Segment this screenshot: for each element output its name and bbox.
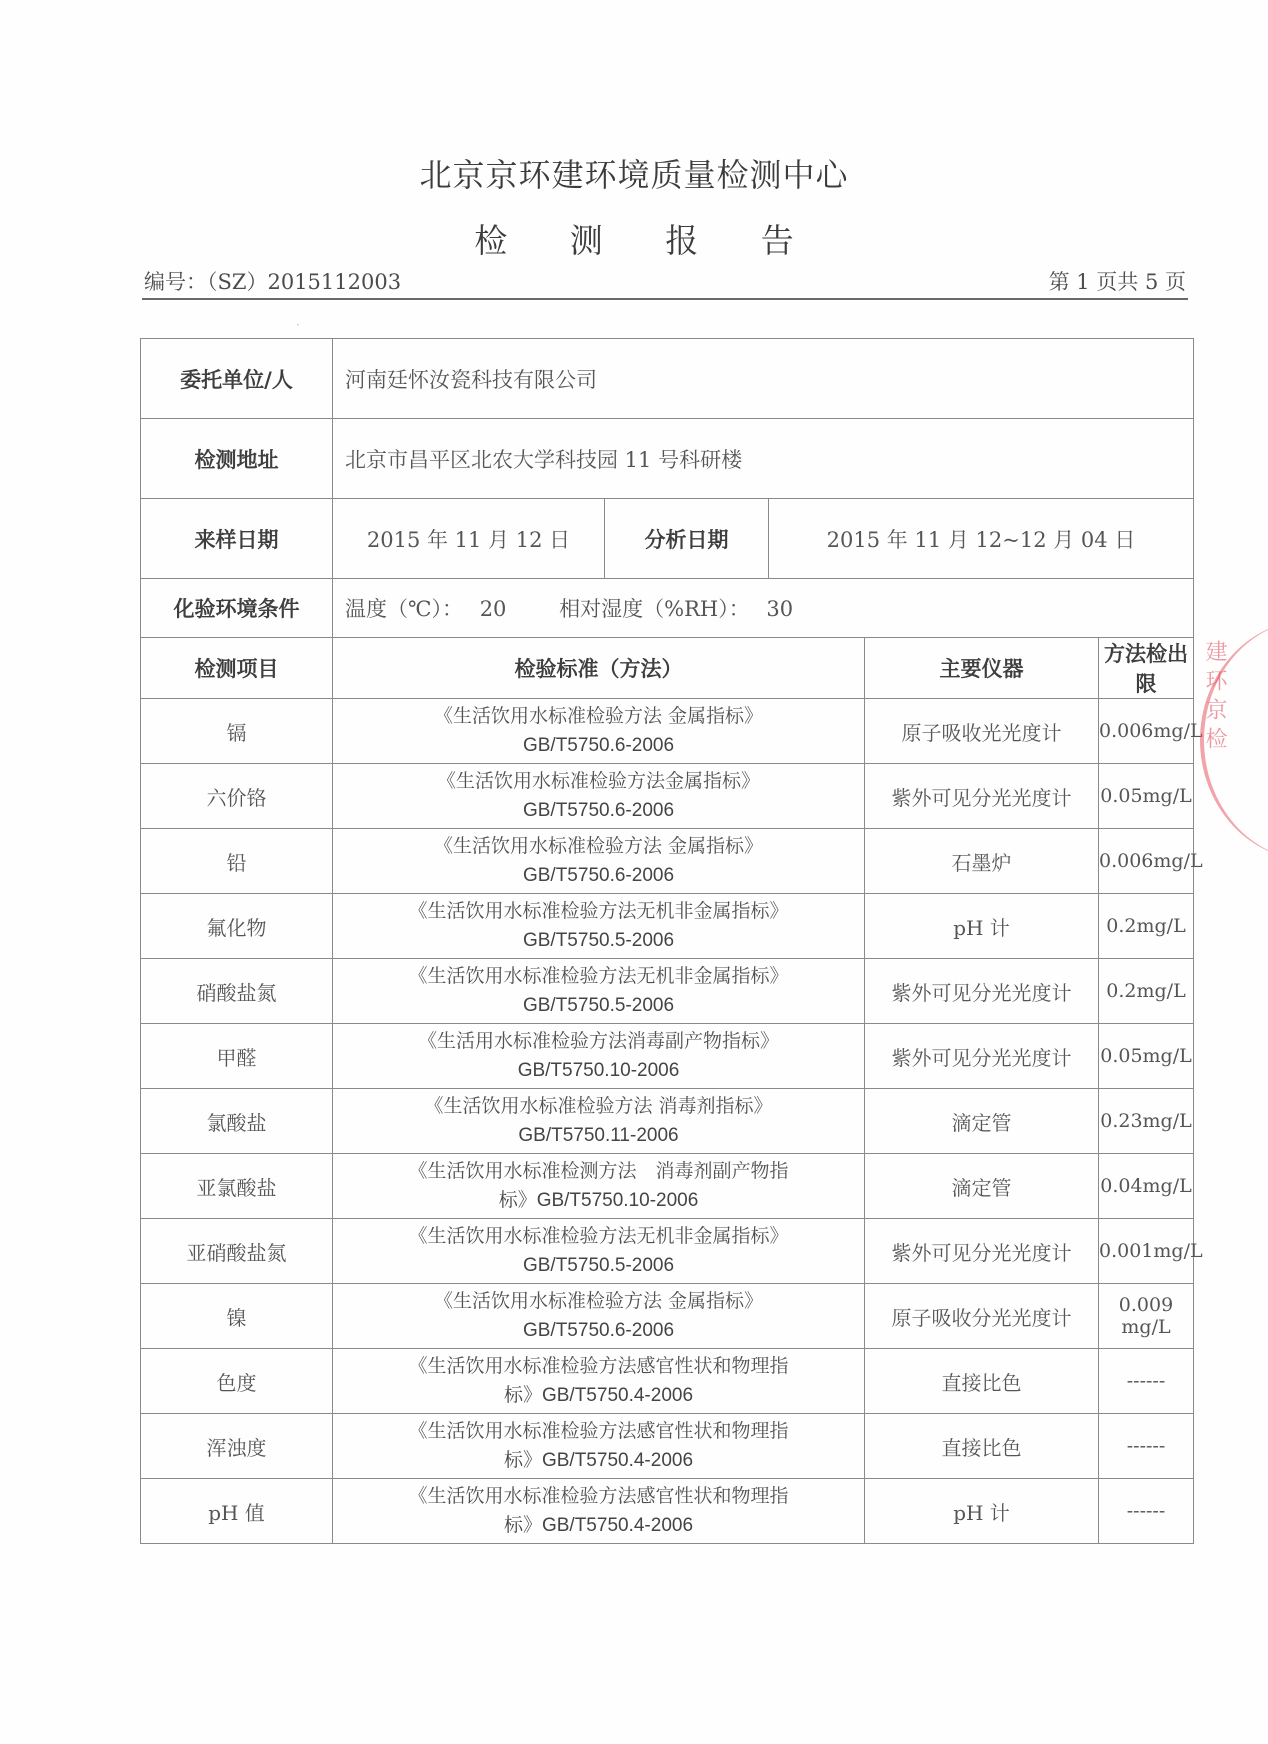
table-row: 氟化物 《生活饮用水标准检验方法无机非金属指标》 GB/T5750.5-2006… (141, 894, 1194, 959)
test-instrument: 滴定管 (865, 1154, 1099, 1219)
detection-limit: ------ (1099, 1479, 1194, 1544)
method-title: 《生活饮用水标准检验方法 消毒剂指标》 (333, 1091, 864, 1121)
detection-limit: 0.006mg/L (1099, 829, 1194, 894)
humidity-label: 相对湿度（%RH）： (559, 597, 750, 621)
test-item-name: 六价铬 (141, 764, 333, 829)
table-row: 镍 《生活饮用水标准检验方法 金属指标》 GB/T5750.6-2006 原子吸… (141, 1284, 1194, 1349)
method-title: 《生活饮用水标准检验方法无机非金属指标》 (333, 961, 864, 991)
test-item-name: 亚氯酸盐 (141, 1154, 333, 1219)
test-method: 《生活用水标准检验方法消毒副产物指标》 GB/T5750.10-2006 (333, 1024, 865, 1089)
method-standard-code: GB/T5750.5-2006 (333, 1251, 864, 1281)
method-standard-code: GB/T5750.6-2006 (333, 731, 864, 761)
detection-limit: 0.2mg/L (1099, 959, 1194, 1024)
test-instrument: 滴定管 (865, 1089, 1099, 1154)
test-method: 《生活饮用水标准检验方法感官性状和物理指 标》GB/T5750.4-2006 (333, 1349, 865, 1414)
test-items: 镉 《生活饮用水标准检验方法 金属指标》 GB/T5750.6-2006 原子吸… (141, 699, 1194, 1544)
test-method: 《生活饮用水标准检验方法 金属指标》 GB/T5750.6-2006 (333, 1284, 865, 1349)
method-title: 《生活饮用水标准检验方法 金属指标》 (333, 831, 864, 861)
page-indicator: 第 1 页共 5 页 (1049, 266, 1186, 296)
table-row: 镉 《生活饮用水标准检验方法 金属指标》 GB/T5750.6-2006 原子吸… (141, 699, 1194, 764)
test-item-name: 甲醛 (141, 1024, 333, 1089)
test-instrument: 原子吸收分光光度计 (865, 1284, 1099, 1349)
method-title: 《生活饮用水标准检验方法感官性状和物理指 (333, 1351, 864, 1381)
detection-limit: ------ (1099, 1414, 1194, 1479)
client-value: 河南廷怀汝瓷科技有限公司 (333, 339, 1194, 419)
method-standard-code: GB/T5750.6-2006 (333, 796, 864, 826)
test-instrument: 直接比色 (865, 1349, 1099, 1414)
method-standard-code: 标》GB/T5750.10-2006 (333, 1186, 864, 1216)
test-instrument: 原子吸收光光度计 (865, 699, 1099, 764)
test-item-name: 镉 (141, 699, 333, 764)
method-title: 《生活饮用水标准检验方法 金属指标》 (333, 1286, 864, 1316)
address-value: 北京市昌平区北农大学科技园 11 号科研楼 (333, 419, 1194, 499)
test-method: 《生活饮用水标准检验方法无机非金属指标》 GB/T5750.5-2006 (333, 894, 865, 959)
table-row: 亚氯酸盐 《生活饮用水标准检测方法 消毒剂副产物指 标》GB/T5750.10-… (141, 1154, 1194, 1219)
test-instrument: 石墨炉 (865, 829, 1099, 894)
test-method: 《生活饮用水标准检验方法感官性状和物理指 标》GB/T5750.4-2006 (333, 1479, 865, 1544)
method-standard-code: GB/T5750.10-2006 (333, 1056, 864, 1086)
test-method: 《生活饮用水标准检验方法无机非金属指标》 GB/T5750.5-2006 (333, 1219, 865, 1284)
test-item-name: 氯酸盐 (141, 1089, 333, 1154)
temperature-value: 20 (480, 597, 507, 621)
stamp-text: 建 环 京 检 (1212, 640, 1238, 749)
test-method: 《生活饮用水标准检测方法 消毒剂副产物指 标》GB/T5750.10-2006 (333, 1154, 865, 1219)
temperature-label: 温度（℃）： (345, 597, 463, 621)
test-instrument: 直接比色 (865, 1414, 1099, 1479)
method-standard-code: GB/T5750.5-2006 (333, 991, 864, 1021)
detection-limit: 0.05mg/L (1099, 764, 1194, 829)
detection-limit: 0.23mg/L (1099, 1089, 1194, 1154)
detection-limit: 0.001mg/L (1099, 1219, 1194, 1284)
test-method: 《生活饮用水标准检验方法 金属指标》 GB/T5750.6-2006 (333, 829, 865, 894)
test-method: 《生活饮用水标准检验方法 消毒剂指标》 GB/T5750.11-2006 (333, 1089, 865, 1154)
detection-limit: 0.006mg/L (1099, 699, 1194, 764)
analysis-date-value: 2015 年 11 月 12~12 月 04 日 (769, 499, 1194, 579)
test-item-name: 亚硝酸盐氮 (141, 1219, 333, 1284)
test-instrument: pH 计 (865, 1479, 1099, 1544)
test-instrument: 紫外可见分光光度计 (865, 1024, 1099, 1089)
table-row: 亚硝酸盐氮 《生活饮用水标准检验方法无机非金属指标》 GB/T5750.5-20… (141, 1219, 1194, 1284)
test-item-name: 色度 (141, 1349, 333, 1414)
method-standard-code: 标》GB/T5750.4-2006 (333, 1446, 864, 1476)
method-standard-code: GB/T5750.6-2006 (333, 1316, 864, 1346)
table-row: 铅 《生活饮用水标准检验方法 金属指标》 GB/T5750.6-2006 石墨炉… (141, 829, 1194, 894)
report-page: 北京京环建环境质量检测中心 检 测 报 告 编号：（SZ）2015112003 … (0, 0, 1268, 1744)
method-standard-code: GB/T5750.5-2006 (333, 926, 864, 956)
test-item-name: 浑浊度 (141, 1414, 333, 1479)
dates-row: 来样日期 2015 年 11 月 12 日 分析日期 2015 年 11 月 1… (141, 499, 1194, 579)
environment-value: 温度（℃）： 20 相对湿度（%RH）： 30 (333, 579, 1194, 638)
detection-limit: 0.05mg/L (1099, 1024, 1194, 1089)
method-standard-code: GB/T5750.11-2006 (333, 1121, 864, 1151)
test-item-name: pH 值 (141, 1479, 333, 1544)
humidity-value: 30 (766, 597, 793, 621)
address-label: 检测地址 (141, 419, 333, 499)
test-method: 《生活饮用水标准检验方法无机非金属指标》 GB/T5750.5-2006 (333, 959, 865, 1024)
column-header-item: 检测项目 (141, 638, 333, 699)
column-header-limit: 方法检出限 (1099, 638, 1194, 699)
address-row: 检测地址 北京市昌平区北农大学科技园 11 号科研楼 (141, 419, 1194, 499)
column-header-method: 检验标准（方法） (333, 638, 865, 699)
test-instrument: 紫外可见分光光度计 (865, 1219, 1099, 1284)
table-header-row: 检测项目 检验标准（方法） 主要仪器 方法检出限 (141, 638, 1194, 699)
table-row: pH 值 《生活饮用水标准检验方法感官性状和物理指 标》GB/T5750.4-2… (141, 1479, 1194, 1544)
sample-date-label: 来样日期 (141, 499, 333, 579)
environment-label: 化验环境条件 (141, 579, 333, 638)
test-instrument: 紫外可见分光光度计 (865, 959, 1099, 1024)
test-method: 《生活饮用水标准检验方法感官性状和物理指 标》GB/T5750.4-2006 (333, 1414, 865, 1479)
test-instrument: 紫外可见分光光度计 (865, 764, 1099, 829)
method-standard-code: GB/T5750.6-2006 (333, 861, 864, 891)
detection-limit: 0.009 mg/L (1099, 1284, 1194, 1349)
method-title: 《生活饮用水标准检验方法无机非金属指标》 (333, 1221, 864, 1251)
detection-limit: ------ (1099, 1349, 1194, 1414)
test-instrument: pH 计 (865, 894, 1099, 959)
method-title: 《生活饮用水标准检测方法 消毒剂副产物指 (333, 1156, 864, 1186)
table-row: 甲醛 《生活用水标准检验方法消毒副产物指标》 GB/T5750.10-2006 … (141, 1024, 1194, 1089)
report-meta-line: 编号：（SZ）2015112003 第 1 页共 5 页 (142, 268, 1188, 300)
column-header-instrument: 主要仪器 (865, 638, 1099, 699)
official-seal-stamp: 建 环 京 检 (1200, 620, 1268, 860)
scan-speck: · (296, 318, 300, 332)
client-label: 委托单位/人 (141, 339, 333, 419)
report-number: 编号：（SZ）2015112003 (144, 266, 401, 296)
organization-title: 北京京环建环境质量检测中心 (0, 150, 1268, 196)
table-row: 浑浊度 《生活饮用水标准检验方法感官性状和物理指 标》GB/T5750.4-20… (141, 1414, 1194, 1479)
method-title: 《生活用水标准检验方法消毒副产物指标》 (333, 1026, 864, 1056)
method-title: 《生活饮用水标准检验方法金属指标》 (333, 766, 864, 796)
table-row: 六价铬 《生活饮用水标准检验方法金属指标》 GB/T5750.6-2006 紫外… (141, 764, 1194, 829)
test-method: 《生活饮用水标准检验方法金属指标》 GB/T5750.6-2006 (333, 764, 865, 829)
environment-row: 化验环境条件 温度（℃）： 20 相对湿度（%RH）： 30 (141, 579, 1194, 638)
analysis-date-label: 分析日期 (605, 499, 769, 579)
table-row: 氯酸盐 《生活饮用水标准检验方法 消毒剂指标》 GB/T5750.11-2006… (141, 1089, 1194, 1154)
method-title: 《生活饮用水标准检验方法无机非金属指标》 (333, 896, 864, 926)
test-item-name: 镍 (141, 1284, 333, 1349)
test-item-name: 氟化物 (141, 894, 333, 959)
method-standard-code: 标》GB/T5750.4-2006 (333, 1381, 864, 1411)
test-method: 《生活饮用水标准检验方法 金属指标》 GB/T5750.6-2006 (333, 699, 865, 764)
test-item-name: 硝酸盐氮 (141, 959, 333, 1024)
detection-limit: 0.04mg/L (1099, 1154, 1194, 1219)
client-row: 委托单位/人 河南廷怀汝瓷科技有限公司 (141, 339, 1194, 419)
method-standard-code: 标》GB/T5750.4-2006 (333, 1511, 864, 1541)
report-table: 委托单位/人 河南廷怀汝瓷科技有限公司 检测地址 北京市昌平区北农大学科技园 1… (140, 338, 1194, 1544)
table-row: 硝酸盐氮 《生活饮用水标准检验方法无机非金属指标》 GB/T5750.5-200… (141, 959, 1194, 1024)
document-type-title: 检 测 报 告 (0, 215, 1268, 262)
method-title: 《生活饮用水标准检验方法 金属指标》 (333, 701, 864, 731)
test-item-name: 铅 (141, 829, 333, 894)
sample-date-value: 2015 年 11 月 12 日 (333, 499, 605, 579)
table-row: 色度 《生活饮用水标准检验方法感官性状和物理指 标》GB/T5750.4-200… (141, 1349, 1194, 1414)
method-title: 《生活饮用水标准检验方法感官性状和物理指 (333, 1416, 864, 1446)
method-title: 《生活饮用水标准检验方法感官性状和物理指 (333, 1481, 864, 1511)
detection-limit: 0.2mg/L (1099, 894, 1194, 959)
